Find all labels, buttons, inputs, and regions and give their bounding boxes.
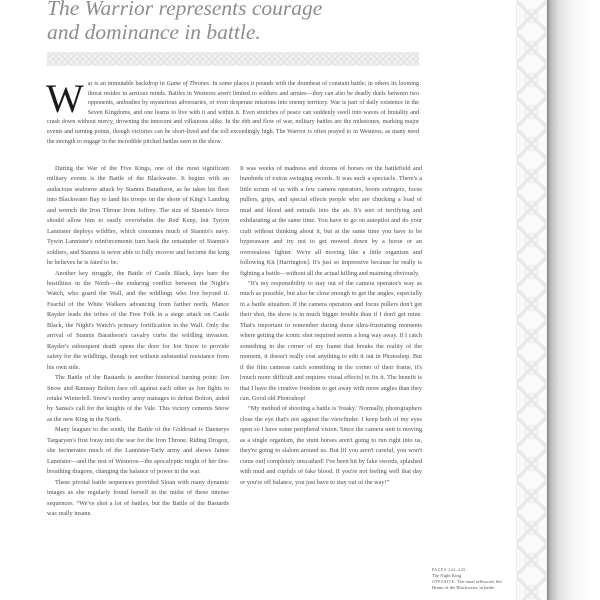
text-column-right: It was weeks of madness and dozens of ho… xyxy=(240,164,422,488)
caption-opposite-label: OPPOSITE: xyxy=(432,580,456,584)
show-title: Game of Thrones xyxy=(166,81,209,87)
text-column-left: During the War of the Five Kings, one of… xyxy=(47,164,229,519)
paragraph-castle-black: Another key struggle, the Battle of Cast… xyxy=(47,269,229,374)
photo-caption: PAGES 244–245: The Night King. OPPOSITE:… xyxy=(432,567,512,591)
page-edge-shadow xyxy=(547,0,600,600)
intro-text-rest: . In some places it pounds with the drum… xyxy=(47,81,419,145)
intro-paragraph: War is an immutable backdrop in Game of … xyxy=(47,80,419,147)
paragraph-battle-madness: It was weeks of madness and dozens of ho… xyxy=(240,164,422,279)
paragraph-responsibility: “It's my responsibility to stay out of t… xyxy=(240,279,422,404)
intro-text-start: ar is an immutable backdrop in xyxy=(88,81,167,87)
paragraph-sloan-intro: These pivotal battle sequences provided … xyxy=(47,478,229,520)
drop-cap: W xyxy=(46,82,84,114)
book-page: The Warrior represents courage and domin… xyxy=(0,0,547,600)
paragraph-method: “My method of shooting a battle is 'frea… xyxy=(240,404,422,488)
paragraph-goldroad: Many leagues to the south, the Battle of… xyxy=(47,425,229,477)
page-headline: The Warrior represents courage and domin… xyxy=(47,0,347,44)
ornamental-border xyxy=(516,0,547,600)
paragraph-blackwater: During the War of the Five Kings, one of… xyxy=(47,164,229,269)
paragraph-bastards: The Battle of the Bastards is another hi… xyxy=(47,373,229,425)
ornamental-divider xyxy=(47,52,419,66)
caption-pages-label: PAGES 244–245: xyxy=(432,568,467,572)
